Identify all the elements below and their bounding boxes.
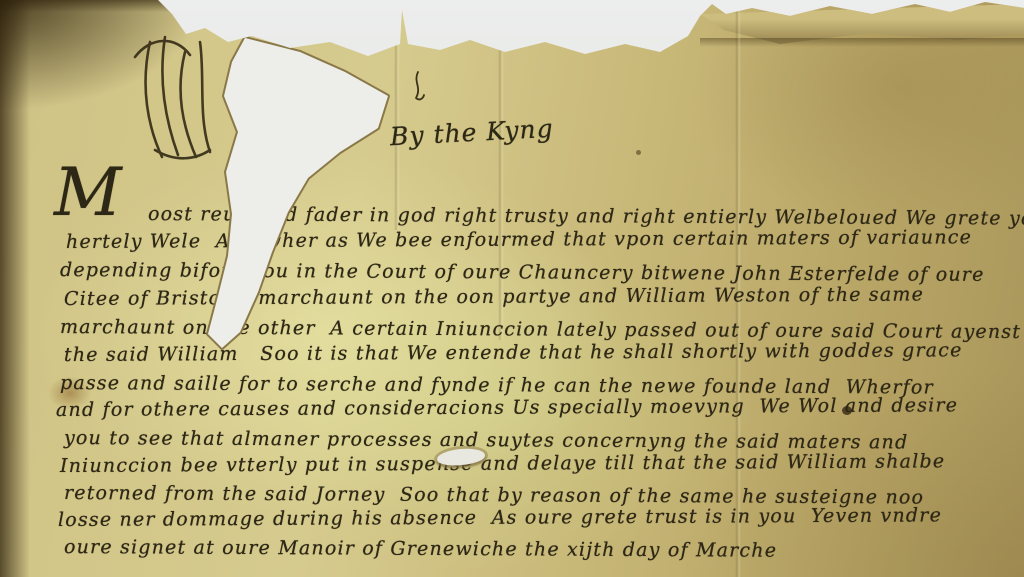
manuscript-line: oure signet at oure Manoir of Grenewiche… [64, 536, 777, 562]
parchment: By the Kyng M oost reuerend fader in god… [0, 0, 1024, 577]
photo-frame: By the Kyng M oost reuerend fader in god… [0, 0, 1024, 577]
parchment-edge-shadow [0, 0, 180, 12]
decorated-initial: M [54, 160, 122, 226]
parchment-edge-shadow [0, 0, 30, 577]
manuscript-line: losse ner dommage during his absence As … [58, 504, 942, 531]
manuscript-line: you to see that almaner processes and su… [64, 427, 908, 453]
torn-hole [180, 18, 420, 363]
folded-corner-flap [698, 0, 1024, 48]
manuscript-line: Iniunccion bee vtterly put in suspense a… [60, 450, 945, 477]
dark-speck [636, 150, 641, 155]
manuscript-line: and for othere causes and consideracions… [56, 394, 958, 421]
fold-crease-shadow [700, 38, 1024, 47]
